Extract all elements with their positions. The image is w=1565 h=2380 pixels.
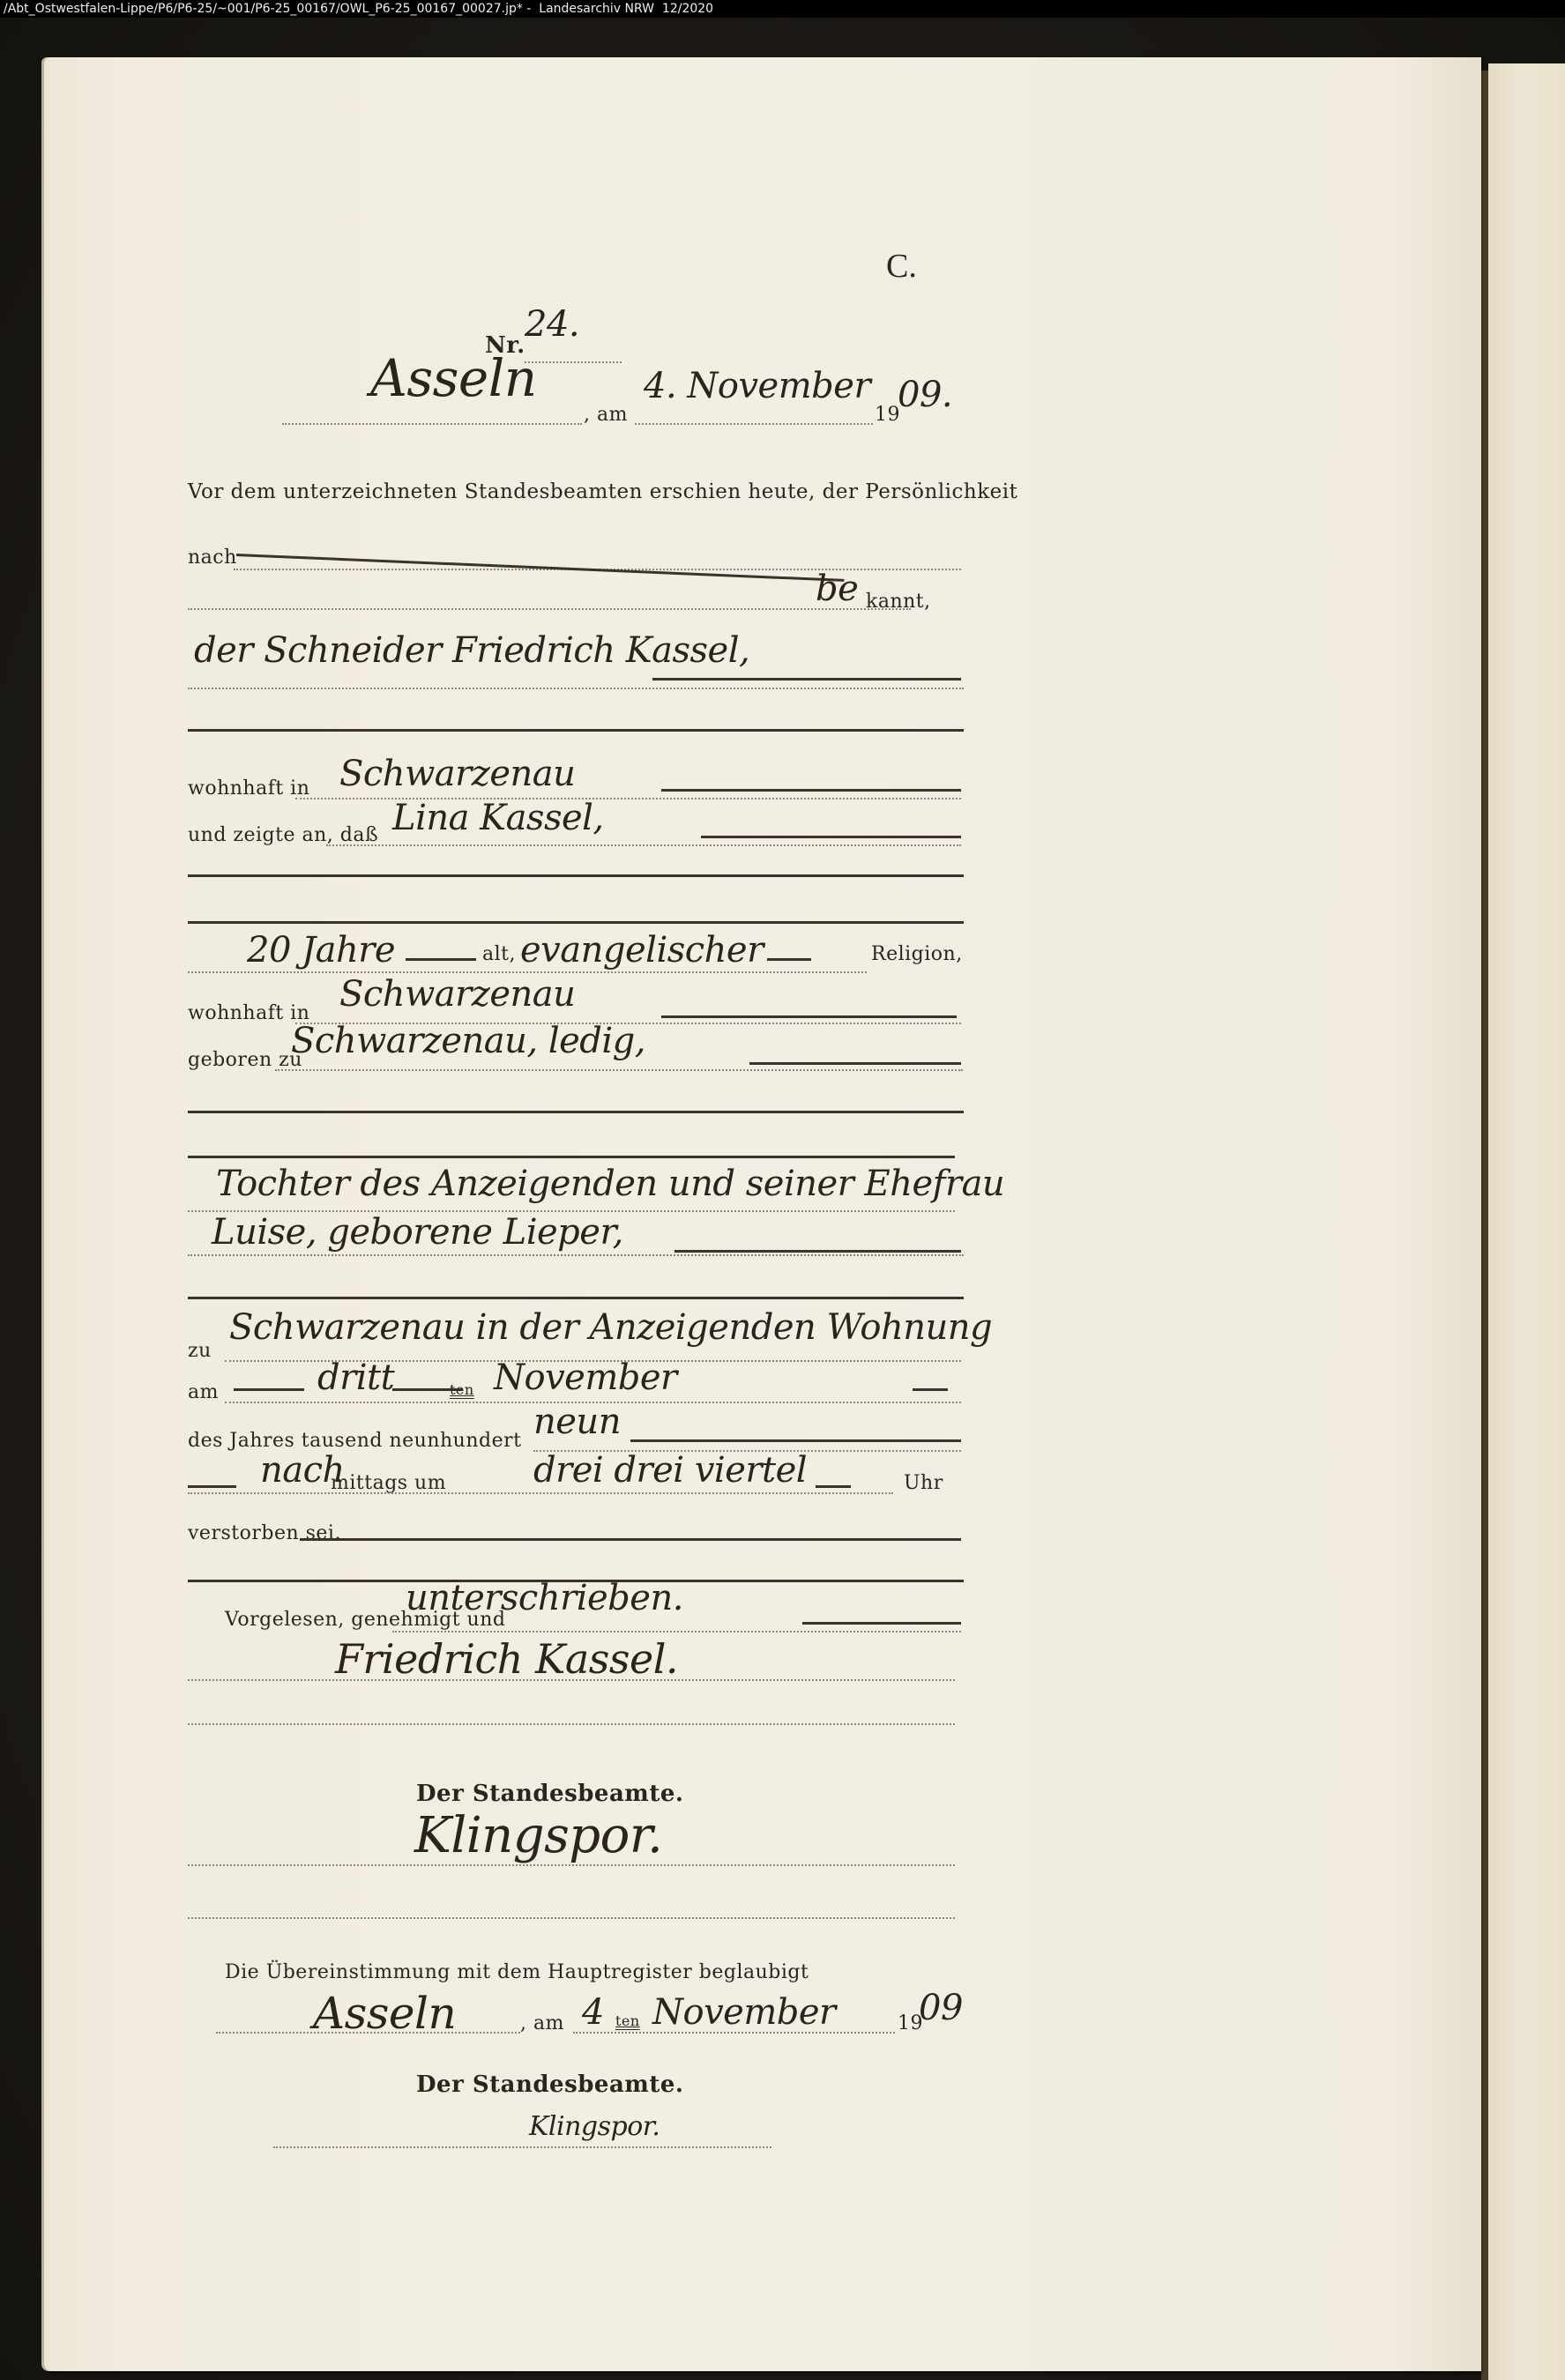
blank-dash-3 <box>188 1111 964 1113</box>
vorgelesen-value: unterschrieben. <box>406 1578 683 1618</box>
date-value: 4. November <box>644 366 870 406</box>
residence2-dash <box>661 1015 957 1018</box>
informant-dash-2 <box>188 729 964 732</box>
des-jahres-label: des Jahres tausend neunhundert <box>188 1430 521 1452</box>
number-dotline <box>525 361 622 363</box>
nach-label: nach <box>188 547 237 569</box>
cert-official-dotline <box>273 2146 771 2148</box>
informant-dash <box>652 678 961 681</box>
nach-strikeout <box>236 554 845 582</box>
deceased-dash <box>701 836 961 838</box>
cert-month-value: November <box>652 1992 836 2033</box>
death-year-value: neun <box>533 1402 621 1442</box>
cert-place-dotline <box>216 2032 520 2034</box>
death-year-dash <box>630 1439 961 1442</box>
geboren-label: geboren zu <box>188 1049 302 1071</box>
viewer-title-bar: /Abt_Ostwestfalen-Lippe/P6/P6-25/~001/P6… <box>0 0 1565 18</box>
cert-year-suffix: 09 <box>919 1988 963 2028</box>
birthplace-dotline <box>275 1069 963 1071</box>
cert-date-dotline <box>573 2032 895 2034</box>
official-dotline-2 <box>188 1917 955 1919</box>
blank-dash-5 <box>188 1297 964 1299</box>
kannt-label: kannt, <box>866 591 931 613</box>
informant-value: der Schneider Friedrich Kassel, <box>194 630 749 671</box>
religion-dash <box>767 958 811 961</box>
vorgelesen-dash <box>802 1622 961 1625</box>
wohnhaft-label: wohnhaft in <box>188 777 309 800</box>
year-suffix: 09. <box>898 375 952 415</box>
verstorben-dash <box>300 1538 961 1541</box>
cert-official-signature: Klingspor. <box>529 2111 660 2142</box>
year-prefix: 19 <box>875 404 900 426</box>
death-day-dash-1 <box>234 1388 304 1391</box>
be-handwritten: be <box>816 569 858 609</box>
form-letter: C. <box>886 247 917 286</box>
official-dotline <box>188 1864 955 1866</box>
am2-label: am <box>188 1381 219 1403</box>
cert-ten-label: ten <box>615 2012 640 2029</box>
death-day-value: dritt <box>317 1357 394 1398</box>
signature-dotline <box>188 1679 955 1681</box>
death-month-dash <box>913 1388 948 1391</box>
und-zeigte-label: und zeigte an, daß <box>188 824 378 846</box>
blank-dash-2 <box>188 921 964 924</box>
parents-dash <box>674 1250 961 1253</box>
register-page: C. Nr. 24. Asseln , am 4. November 19 09… <box>44 57 1481 2371</box>
age-dotline <box>188 971 867 973</box>
place-dotline <box>282 423 582 425</box>
death-month-value: November <box>494 1357 677 1398</box>
am-label: , am <box>584 404 628 426</box>
ten-label: ten <box>450 1381 474 1398</box>
book-gutter <box>1481 71 1488 2380</box>
uhr-label: Uhr <box>904 1472 943 1494</box>
kannt-dotline <box>188 608 911 610</box>
religion-label: Religion, <box>871 943 963 965</box>
mittags-label: mittags um <box>331 1472 446 1494</box>
certification-line: Die Übereinstimmung mit dem Hauptregiste… <box>225 1961 809 1983</box>
deceased-name: Lina Kassel, <box>392 798 604 838</box>
age-value: 20 Jahre <box>247 930 395 971</box>
blank-dash-1 <box>188 874 964 877</box>
blank-dash-4 <box>188 1156 955 1158</box>
zu-label: zu <box>188 1340 212 1362</box>
alt-label: alt, <box>482 943 516 965</box>
informant-signature: Friedrich Kassel. <box>335 1635 678 1683</box>
vor-nach-dash <box>188 1485 236 1488</box>
informant-dotline <box>188 688 964 689</box>
residence-dash <box>661 789 961 792</box>
scan-background: C. Nr. 24. Asseln , am 4. November 19 09… <box>0 18 1565 2380</box>
informant-residence: Schwarzenau <box>339 754 575 794</box>
parents-line-2: Luise, geborene Lieper, <box>212 1212 623 1253</box>
deceased-dotline <box>326 844 961 846</box>
date-dotline <box>635 423 873 425</box>
age-dash <box>406 958 476 961</box>
death-time-dotline <box>188 1492 893 1494</box>
official-label: Der Standesbeamte. <box>416 1781 683 1807</box>
record-number-value: 24. <box>525 304 579 345</box>
parents-dotline-2 <box>188 1254 964 1256</box>
intro-line: Vor dem unterzeichneten Standesbeamten e… <box>188 480 1017 503</box>
birthplace-value: Schwarzenau, ledig, <box>291 1021 645 1061</box>
vorgelesen-dotline <box>392 1631 961 1633</box>
death-time-dash <box>816 1485 851 1488</box>
place-value: Asseln <box>370 348 537 408</box>
signature-dotline-2 <box>188 1723 955 1725</box>
death-place-value: Schwarzenau in der Anzeigenden Wohnung <box>229 1307 992 1348</box>
birthplace-dash <box>749 1062 961 1065</box>
cert-am-label: , am <box>520 2012 564 2034</box>
cert-day-value: 4 <box>582 1992 604 2033</box>
cert-official-label: Der Standesbeamte. <box>416 2071 683 2098</box>
death-record-form: C. Nr. 24. Asseln , am 4. November 19 09… <box>44 57 1481 2371</box>
adjacent-page-edge <box>1488 63 1565 2380</box>
official-signature: Klingspor. <box>414 1807 662 1864</box>
death-time-value: drei drei viertel <box>533 1450 807 1491</box>
deceased-residence: Schwarzenau <box>339 974 575 1015</box>
verstorben-label: verstorben sei. <box>188 1522 341 1544</box>
religion-value: evangelischer <box>520 930 764 971</box>
parents-line-1: Tochter des Anzeigenden und seiner Ehefr… <box>216 1164 1004 1204</box>
